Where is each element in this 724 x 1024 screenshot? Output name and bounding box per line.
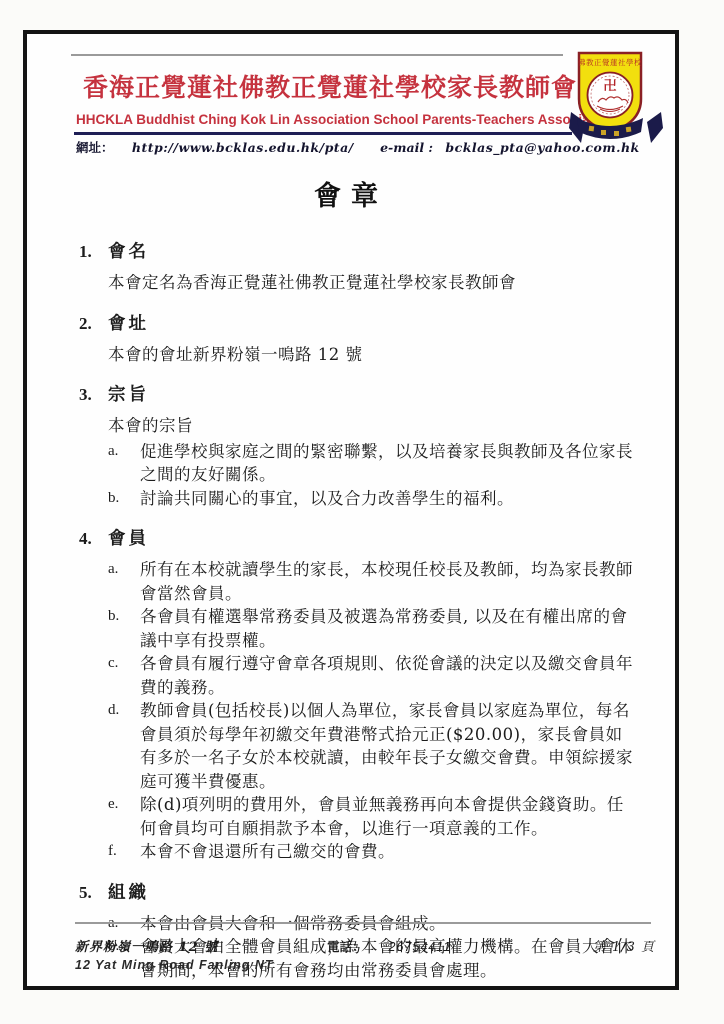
item-text: 教師會員(包括校長)以個人為單位，家長會員以家庭為單位，每名會員須於每學年初繳交… [140, 699, 637, 793]
item-letter: c. [108, 652, 140, 676]
page-indicator: 第 1/3 頁 [593, 936, 655, 955]
footer-address-chinese: 新界粉嶺一鳴路 12 號 [75, 936, 327, 955]
item-text: 各會員有權選舉常務委員及被選為常務委員, 以及在有權出席的會議中享有投票權。 [140, 605, 637, 652]
section-body: 本會定名為香海正覺蓮社佛教正覺蓮社學校家長教師會 [108, 271, 637, 295]
section-paragraph: 本會定名為香海正覺蓮社佛教正覺蓮社學校家長教師會 [108, 271, 637, 295]
document-section: 3. 宗旨 本會的宗旨a.促進學校與家庭之間的緊密聯繫，以及培養家長與教師及各位… [79, 381, 637, 510]
item-letter: d. [108, 699, 140, 723]
document-title: 會章 [27, 174, 675, 213]
document-section: 1. 會名 本會定名為香海正覺蓮社佛教正覺蓮社學校家長教師會 [79, 238, 637, 295]
section-body: a.所有在本校就讀學生的家長，本校現任校長及教師，均為家長教師會當然會員。b.各… [108, 558, 637, 864]
section-paragraph: 本會的宗旨 [108, 414, 637, 438]
contact-row: 網址： http://www.bcklas.edu.hk/pta/ e-mail… [76, 138, 640, 156]
org-title-chinese: 香海正覺蓮社佛教正覺蓮社學校家長教師會 [83, 68, 577, 104]
footer-phone: 電話： 26754411 [327, 937, 593, 955]
item-letter: a. [108, 440, 140, 464]
section-header: 3. 宗旨 [79, 381, 637, 406]
section-number: 4. [79, 529, 108, 549]
page-footer: 新界粉嶺一鳴路 12 號 電話： 26754411 第 1/3 頁 12 Yat… [75, 936, 655, 972]
section-number: 2. [79, 314, 108, 334]
phone-label: 電話： [327, 937, 365, 955]
section-list-item: a.所有在本校就讀學生的家長，本校現任校長及教師，均為家長教師會當然會員。 [108, 558, 637, 605]
item-letter: e. [108, 793, 140, 817]
website-label: 網址： [76, 140, 114, 155]
item-text: 本會不會退還所有己繳交的會費。 [140, 840, 637, 864]
section-list-item: b.討論共同關心的事宜，以及合力改善學生的福利。 [108, 487, 637, 511]
section-body: 本會的宗旨a.促進學校與家庭之間的緊密聯繫，以及培養家長與教師及各位家長之間的友… [108, 414, 637, 510]
org-title-english: HHCKLA Buddhist Ching Kok Lin Associatio… [76, 112, 572, 127]
section-list-item: c.各會員有履行遵守會章各項規則、依從會議的決定以及繳交會員年費的義務。 [108, 652, 637, 699]
section-heading: 會員 [108, 525, 149, 550]
item-letter: f. [108, 840, 140, 864]
section-number: 5. [79, 883, 108, 903]
section-heading: 會名 [108, 238, 149, 263]
item-text: 各會員有履行遵守會章各項規則、依從會議的決定以及繳交會員年費的義務。 [140, 652, 637, 699]
section-heading: 會址 [108, 310, 149, 335]
item-text: 所有在本校就讀學生的家長，本校現任校長及教師，均為家長教師會當然會員。 [140, 558, 637, 605]
header-divider-line [71, 54, 563, 56]
section-number: 3. [79, 385, 108, 405]
website-url: http://www.bcklas.edu.hk/pta/ [132, 140, 354, 155]
footer-row: 新界粉嶺一鳴路 12 號 電話： 26754411 第 1/3 頁 [75, 936, 655, 955]
section-header: 5. 組織 [79, 879, 637, 904]
item-letter: a. [108, 558, 140, 582]
letterhead-underline [74, 132, 572, 135]
section-heading: 宗旨 [108, 381, 149, 406]
section-list-item: e.除(d)項列明的費用外，會員並無義務再向本會提供金錢資助。任何會員均可自願捐… [108, 793, 637, 840]
footer-address-english: 12 Yat Ming Road Fanling NT [75, 958, 655, 972]
item-text: 除(d)項列明的費用外，會員並無義務再向本會提供金錢資助。任何會員均可自願捐款予… [140, 793, 637, 840]
footer-divider-line [75, 922, 651, 924]
section-header: 4. 會員 [79, 525, 637, 550]
svg-text:卍: 卍 [603, 79, 616, 94]
section-list-item: a.促進學校與家庭之間的緊密聯繫，以及培養家長與教師及各位家長之間的友好關係。 [108, 440, 637, 487]
phone-number: 26754411 [389, 940, 452, 954]
letterhead: 香海正覺蓮社佛教正覺蓮社學校家長教師會 HHCKLA Buddhist Chin… [27, 34, 675, 162]
email-label: e-mail : [380, 140, 433, 155]
item-letter: b. [108, 487, 140, 511]
section-list-item: b.各會員有權選舉常務委員及被選為常務委員, 以及在有權出席的會議中享有投票權。 [108, 605, 637, 652]
section-header: 2. 會址 [79, 310, 637, 335]
section-body: 本會的會址新界粉嶺一鳴路 12 號 [108, 343, 637, 367]
section-heading: 組織 [108, 879, 149, 904]
crest-icon: 佛教正覺蓮社學校 卍 [569, 50, 663, 158]
svg-text:佛教正覺蓮社學校: 佛教正覺蓮社學校 [578, 57, 642, 67]
scanned-page: 香海正覺蓮社佛教正覺蓮社學校家長教師會 HHCKLA Buddhist Chin… [23, 30, 679, 990]
section-header: 1. 會名 [79, 238, 637, 263]
section-list-item: f.本會不會退還所有己繳交的會費。 [108, 840, 637, 864]
section-paragraph: 本會的會址新界粉嶺一鳴路 12 號 [108, 343, 637, 367]
item-letter: b. [108, 605, 140, 629]
item-text: 討論共同關心的事宜，以及合力改善學生的福利。 [140, 487, 637, 511]
school-crest-logo: 佛教正覺蓮社學校 卍 [569, 50, 663, 158]
item-text: 促進學校與家庭之間的緊密聯繫，以及培養家長與教師及各位家長之間的友好關係。 [140, 440, 637, 487]
section-list-item: d.教師會員(包括校長)以個人為單位，家長會員以家庭為單位，每名會員須於每學年初… [108, 699, 637, 793]
section-number: 1. [79, 242, 108, 262]
document-body: 1. 會名 本會定名為香海正覺蓮社佛教正覺蓮社學校家長教師會 2. 會址 本會的… [27, 213, 675, 982]
document-section: 2. 會址 本會的會址新界粉嶺一鳴路 12 號 [79, 310, 637, 367]
document-section: 4. 會員 a.所有在本校就讀學生的家長，本校現任校長及教師，均為家長教師會當然… [79, 525, 637, 864]
